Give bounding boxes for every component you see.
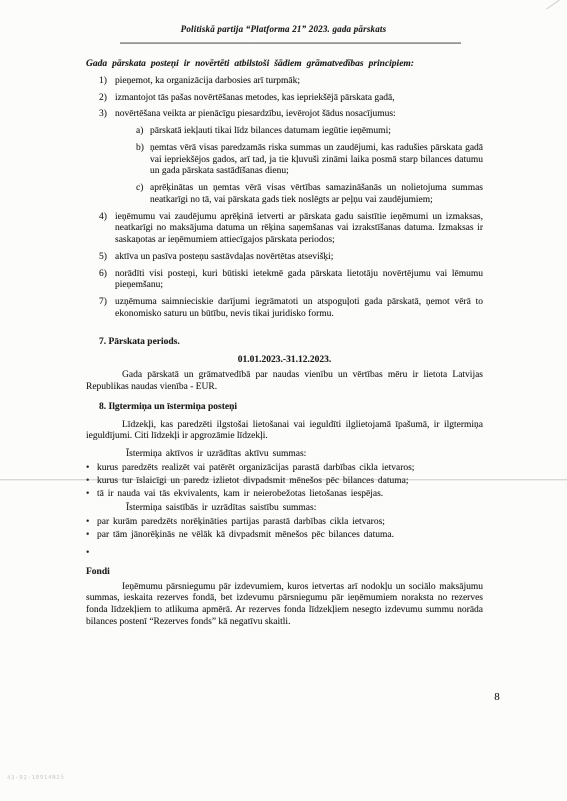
assets-bullet-2: • kurus tur īslaicīgi un paredz izlietot… <box>86 476 483 488</box>
item-letter: b) <box>136 143 150 178</box>
item-number: 2) <box>99 93 115 105</box>
item-text: uzņēmuma saimnieciskie darījumi iegrāmat… <box>115 297 483 321</box>
liabilities-intro: Īstermiņa saistībās ir uzrādītas saistīb… <box>86 503 483 515</box>
document-title: Politiskā partija “Platforma 21” 2023. g… <box>0 24 567 34</box>
principle-item-5: 5) aktīva un pasīva posteņu sastāvdaļas … <box>86 252 483 264</box>
scan-watermark-code: 43-92-10914N25 <box>7 775 65 782</box>
fondi-heading: Fondi <box>86 567 483 579</box>
bullet-icon: • <box>86 517 97 529</box>
bullet-icon: • <box>86 489 97 501</box>
page-header: Politiskā partija “Platforma 21” 2023. g… <box>0 0 567 44</box>
section7-paragraph: Gada pārskatā un grāmatvedībā par naudas… <box>86 370 483 394</box>
section8-heading: 8. Ilgtermiņa un īstermiņa posteņi <box>86 402 483 414</box>
assets-bullet-3: • tā ir nauda vai tās ekvivalents, kam i… <box>86 489 483 501</box>
item-text: ņemtas vērā visas paredzamās riska summa… <box>150 143 483 178</box>
item-text: ieņēmumu vai zaudējumu aprēķinā ietverti… <box>115 212 483 247</box>
item-text: pārskatā iekļauti tikai līdz bilances da… <box>150 126 483 138</box>
principle-item-4: 4) ieņēmumu vai zaudējumu aprēķinā ietve… <box>86 212 483 247</box>
fondi-paragraph: Ieņēmumu pārsniegumu pār izdevumiem, kur… <box>86 582 483 629</box>
principle-item-7: 7) uzņēmuma saimnieciskie darījumi iegrā… <box>86 297 483 321</box>
item-number: 4) <box>99 212 115 247</box>
liabilities-bullet-2: • par tām jānorēķinās ne vēlāk kā divpad… <box>86 530 483 542</box>
bullet-text: kurus paredzēts realizēt vai patērēt org… <box>97 463 483 475</box>
liabilities-bullet-1: • par kurām paredzēts norēķināties parti… <box>86 517 483 529</box>
document-page: Politiskā partija “Platforma 21” 2023. g… <box>0 0 567 801</box>
assets-intro: Īstermiņa aktīvos ir uzrādītas aktīvu su… <box>86 449 483 461</box>
empty-bullet: • <box>86 548 483 560</box>
item-text: izmantojot tās pašas novērtēšanas metode… <box>115 93 483 105</box>
page-number: 8 <box>472 691 522 703</box>
item-number: 1) <box>99 76 115 88</box>
principle-subitem-a: a) pārskatā iekļauti tikai līdz bilances… <box>86 126 483 138</box>
bullet-text <box>97 548 483 560</box>
item-text: aktīva un pasīva posteņu sastāvdaļas nov… <box>115 252 483 264</box>
item-text: norādīti visi posteņi, kuri būtiski iete… <box>115 269 483 293</box>
bullet-icon: • <box>86 530 97 542</box>
assets-bullet-1: • kurus paredzēts realizēt vai patērēt o… <box>86 463 483 475</box>
bullet-text: tā ir nauda vai tās ekvivalents, kam ir … <box>97 489 483 501</box>
item-text: pieņemot, ka organizācija darbosies arī … <box>115 76 483 88</box>
item-number: 3) <box>99 109 115 121</box>
bullet-icon: • <box>86 476 97 488</box>
principles-heading: Gada pārskata posteņi ir novērtēti atbil… <box>86 59 483 71</box>
header-divider <box>120 42 461 44</box>
principle-subitem-b: b) ņemtas vērā visas paredzamās riska su… <box>86 143 483 178</box>
item-number: 6) <box>99 269 115 293</box>
bullet-icon: • <box>86 548 97 560</box>
principle-item-1: 1) pieņemot, ka organizācija darbosies a… <box>86 76 483 88</box>
section8-paragraph: Līdzekļi, kas paredzēti ilgstošai lietoš… <box>86 420 483 444</box>
scan-fold-line <box>0 479 567 480</box>
report-period: 01.01.2023.-31.12.2023. <box>86 355 483 367</box>
item-letter: c) <box>136 183 150 207</box>
bullet-icon: • <box>86 463 97 475</box>
document-body: Gada pārskata posteņi ir novērtēti atbil… <box>86 59 483 629</box>
principle-item-2: 2) izmantojot tās pašas novērtēšanas met… <box>86 93 483 105</box>
bullet-text: par kurām paredzēts norēķināties partija… <box>97 517 483 529</box>
item-letter: a) <box>136 126 150 138</box>
principle-subitem-c: c) aprēķinātas un ņemtas vērā visas vērt… <box>86 183 483 207</box>
bullet-text: par tām jānorēķinās ne vēlāk kā divpadsm… <box>97 530 483 542</box>
bullet-text: kurus tur īslaicīgi un paredz izlietot d… <box>97 476 483 488</box>
section7-heading: 7. Pārskata periods. <box>86 337 483 349</box>
item-number: 5) <box>99 252 115 264</box>
principle-item-3: 3) novērtēšana veikta ar pienācīgu piesa… <box>86 109 483 121</box>
item-number: 7) <box>99 297 115 321</box>
item-text: novērtēšana veikta ar pienācīgu piesardz… <box>115 109 483 121</box>
principle-item-6: 6) norādīti visi posteņi, kuri būtiski i… <box>86 269 483 293</box>
item-text: aprēķinātas un ņemtas vērā visas vērtība… <box>150 183 483 207</box>
